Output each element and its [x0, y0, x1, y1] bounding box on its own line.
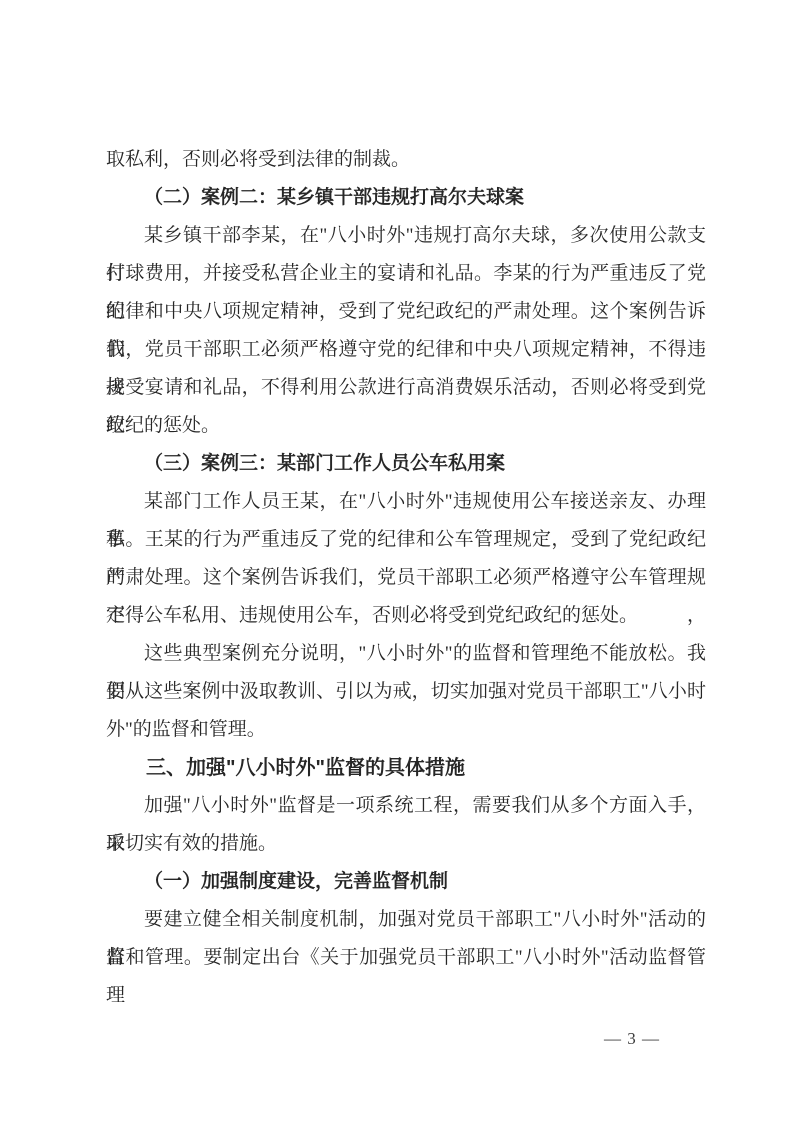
body-line: 们，党员干部职工必须严格遵守党的纪律和中央八项规定精神，不得违规: [106, 331, 706, 369]
document-body: 取私利，否则必将受到法律的制裁。 （二）案例二：某乡镇干部违规打高尔夫球案 某乡…: [106, 141, 706, 977]
body-line: 加强"八小时外"监督是一项系统工程，需要我们从多个方面入手，采: [106, 787, 706, 825]
body-line: 某乡镇干部李某，在"八小时外"违规打高尔夫球，多次使用公款支付: [106, 217, 706, 255]
body-line: 取私利，否则必将受到法律的制裁。: [106, 141, 706, 179]
body-line: 这些典型案例充分说明，"八小时外"的监督和管理绝不能放松。我们: [106, 635, 706, 673]
body-line: 政纪的惩处。: [106, 407, 706, 445]
page-number: — 3 —: [604, 1028, 660, 1050]
body-line: 要建立健全相关制度机制，加强对党员干部职工"八小时外"活动的监: [106, 901, 706, 939]
heading-case-3: （三）案例三：某部门工作人员公车私用案: [106, 445, 706, 483]
body-line: 督和管理。要制定出台《关于加强党员干部职工"八小时外"活动监督管理: [106, 939, 706, 977]
body-line: 取切实有效的措施。: [106, 825, 706, 863]
body-line: 不得公车私用、违规使用公车，否则必将受到党纪政纪的惩处。: [106, 597, 706, 635]
body-line: 打球费用，并接受私营企业主的宴请和礼品。李某的行为严重违反了党的: [106, 255, 706, 293]
heading-measure-1: （一）加强制度建设，完善监督机制: [106, 863, 706, 901]
body-line: 外"的监督和管理。: [106, 711, 706, 749]
body-line: 纪律和中央八项规定精神，受到了党纪政纪的严肃处理。这个案例告诉我: [106, 293, 706, 331]
body-line: 严肃处理。这个案例告诉我们，党员干部职工必须严格遵守公车管理规定，: [106, 559, 706, 597]
heading-case-2: （二）案例二：某乡镇干部违规打高尔夫球案: [106, 179, 706, 217]
body-line: 接受宴请和礼品，不得利用公款进行高消费娱乐活动，否则必将受到党纪: [106, 369, 706, 407]
body-line: 要从这些案例中汲取教训、引以为戒，切实加强对党员干部职工"八小时: [106, 673, 706, 711]
document-page: 取私利，否则必将受到法律的制裁。 （二）案例二：某乡镇干部违规打高尔夫球案 某乡…: [0, 0, 793, 1122]
heading-section-3: 三、加强"八小时外"监督的具体措施: [106, 749, 706, 787]
body-line: 事。王某的行为严重违反了党的纪律和公车管理规定，受到了党纪政纪的: [106, 521, 706, 559]
body-line: 某部门工作人员王某，在"八小时外"违规使用公车接送亲友、办理私: [106, 483, 706, 521]
